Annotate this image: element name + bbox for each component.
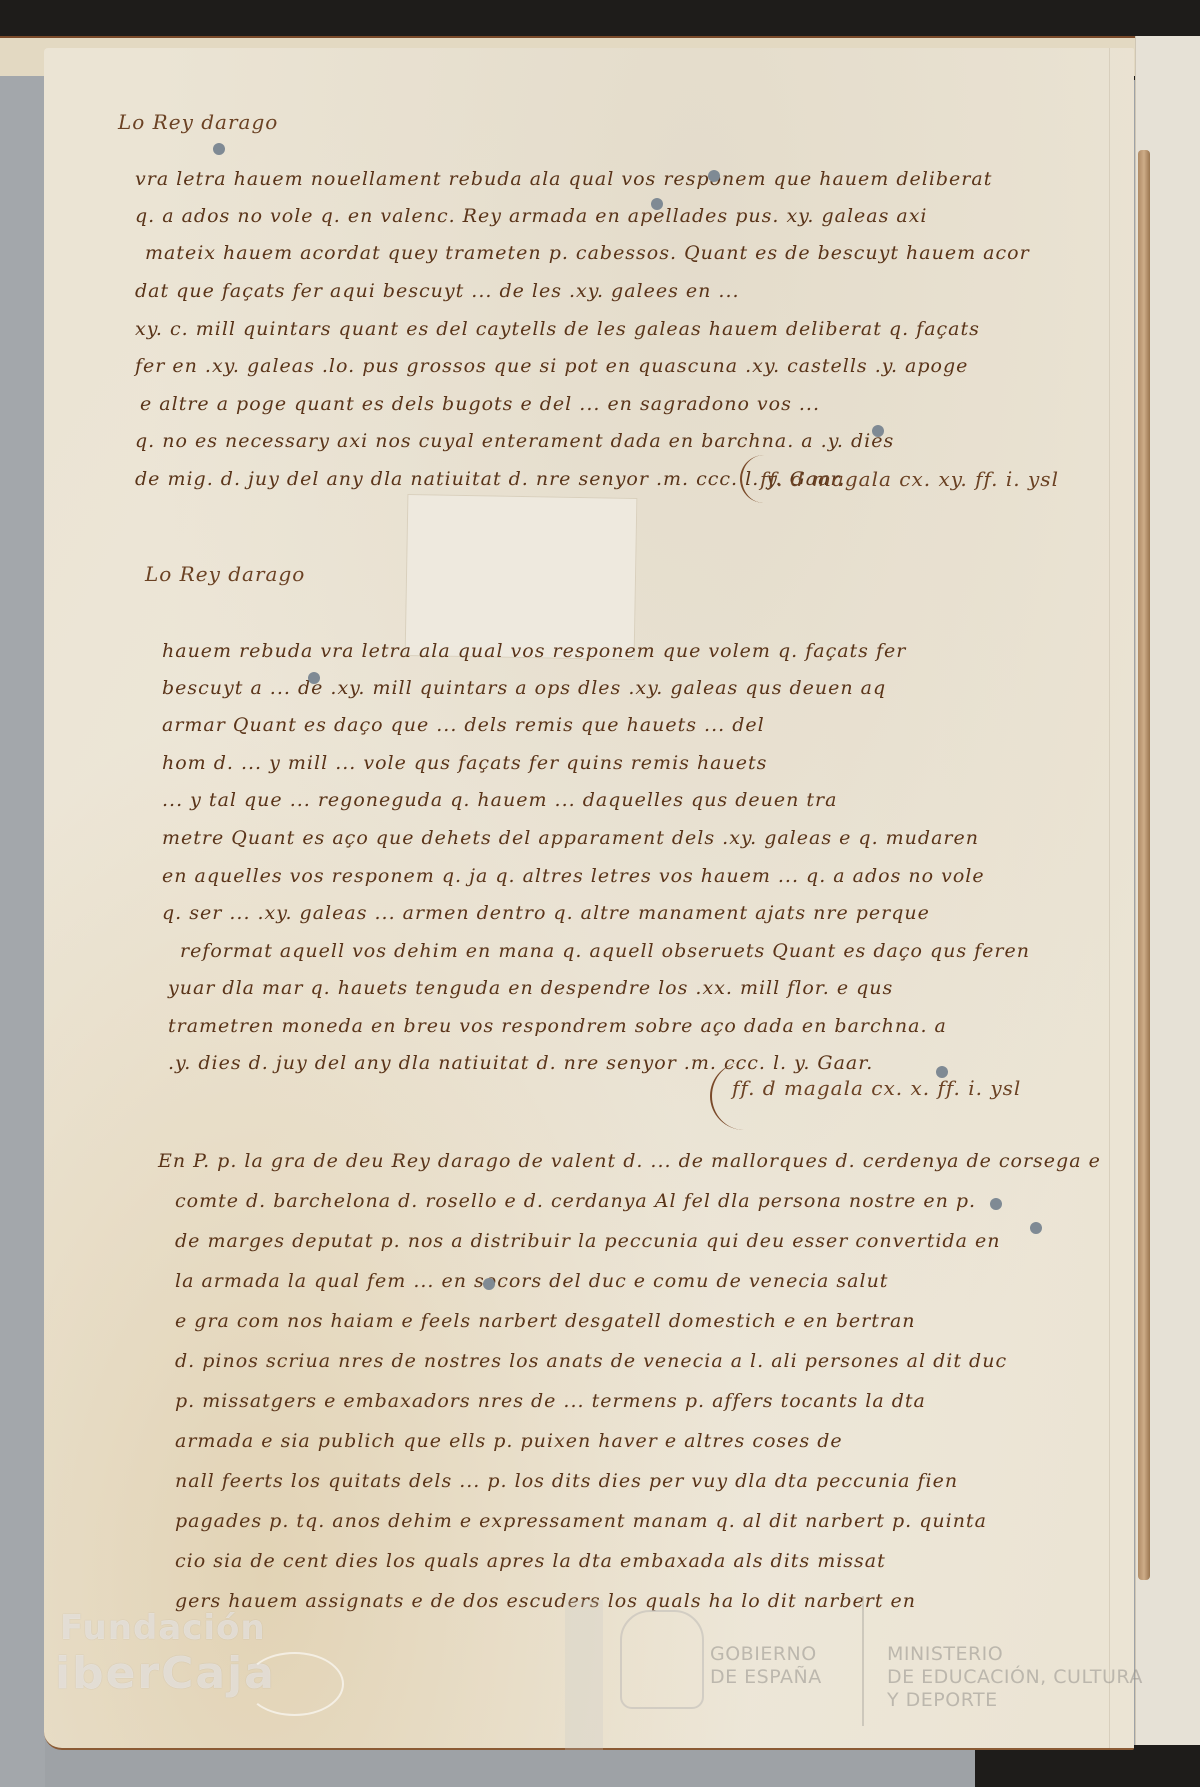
letter-3-line: cio sia de cent dies los quals apres la …	[175, 1550, 886, 1572]
letter-1-line: vra letra hauem nouellament rebuda ala q…	[135, 168, 992, 190]
pin-hole-mark	[872, 425, 884, 437]
gobierno-line1: GOBIERNO	[710, 1643, 822, 1666]
letter-3-line: nall feerts los quitats dels ... p. los …	[175, 1470, 958, 1492]
gobierno-line2: DE ESPAÑA	[710, 1666, 822, 1689]
letter-2-line: q. ser ... .xy. galeas ... armen dentro …	[162, 902, 930, 924]
letter-2-signature: ff. d magala cx. x. ff. i. ysl	[710, 1062, 1021, 1130]
letter-2-line: metre Quant es aço que dehets del appara…	[162, 827, 979, 849]
letter-1-line: q. a ados no vole q. en valenc. Rey arma…	[135, 205, 928, 227]
watermark-divider	[862, 1596, 864, 1726]
pin-hole-mark	[483, 1278, 495, 1290]
letter-2-line: ... y tal que ... regoneguda q. hauem ..…	[162, 789, 837, 811]
letter-3-line: pagades p. tq. anos dehim e expressament…	[175, 1510, 987, 1532]
letter-2-line: reformat aquell vos dehim en mana q. aqu…	[180, 940, 1030, 962]
letter-2-line: bescuyt a ... de .xy. mill quintars a op…	[162, 677, 886, 699]
letter-3-line: e gra com nos haiam e feels narbert desg…	[175, 1310, 916, 1332]
letter-1-line: fer en .xy. galeas .lo. pus grossos que …	[135, 355, 968, 377]
letter-3-line: p. missatgers e embaxadors nres de ... t…	[175, 1390, 926, 1412]
letter-2-heading: Lo Rey darago	[145, 562, 305, 586]
letter-3-line: la armada la qual fem ... en socors del …	[175, 1270, 888, 1292]
letter-2-line: trametren moneda en breu vos respondrem …	[168, 1015, 947, 1037]
pin-hole-mark	[708, 170, 720, 182]
paper-repair-patch	[405, 494, 638, 660]
letter-1-line: xy. c. mill quintars quant es del caytel…	[135, 318, 980, 340]
pin-hole-mark	[936, 1066, 948, 1078]
manuscript-page	[44, 48, 1134, 1750]
letter-3-line: comte d. barchelona d. rosello e d. cerd…	[175, 1190, 976, 1212]
letter-3-line: d. pinos scriua nres de nostres los anat…	[175, 1350, 1007, 1372]
ministerio-line1: MINISTERIO	[887, 1643, 1143, 1666]
letter-2-line: armar Quant es daço que ... dels remis q…	[162, 714, 765, 736]
gobierno-watermark: GOBIERNO DE ESPAÑA	[710, 1643, 822, 1689]
spain-coat-of-arms-icon	[620, 1610, 704, 1709]
fundacion-watermark-line1: Fundación	[60, 1608, 266, 1648]
ministerio-line2: DE EDUCACIÓN, CULTURA	[887, 1666, 1143, 1689]
ministerio-watermark: MINISTERIO DE EDUCACIÓN, CULTURA Y DEPOR…	[887, 1643, 1143, 1712]
pin-hole-mark	[213, 143, 225, 155]
letter-1-line: dat que façats fer aqui bescuyt ... de l…	[135, 280, 740, 302]
eu-stars-band-icon	[565, 1600, 603, 1750]
letter-1-line: q. no es necessary axi nos cuyal enteram…	[135, 430, 894, 452]
binding-cord	[1138, 150, 1150, 1580]
letter-1-line: de mig. d. juy del any dla natiuitat d. …	[135, 468, 845, 490]
pin-hole-mark	[990, 1198, 1002, 1210]
letter-1-line: mateix hauem acordat quey trameten p. ca…	[145, 242, 1030, 264]
pin-hole-mark	[308, 672, 320, 684]
pin-hole-mark	[651, 198, 663, 210]
page-fold-line	[1109, 48, 1110, 1748]
letter-1-signature: ff. d magala cx. xy. ff. i. ysl	[740, 455, 1059, 503]
letter-3-line: En P. p. la gra de deu Rey darago de val…	[158, 1150, 1101, 1172]
ibercaja-logo-icon	[245, 1652, 344, 1716]
letter-2-line: hauem rebuda vra letra ala qual vos resp…	[162, 640, 906, 662]
letter-1-heading: Lo Rey darago	[118, 110, 278, 134]
letter-3-line: de marges deputat p. nos a distribuir la…	[175, 1230, 1000, 1252]
mount-board-left	[0, 70, 45, 1787]
ministerio-line3: Y DEPORTE	[887, 1689, 1143, 1712]
pin-hole-mark	[1030, 1222, 1042, 1234]
letter-1-line: e altre a poge quant es dels bugots e de…	[140, 393, 820, 415]
letter-3-line: gers hauem assignats e de dos escuders l…	[175, 1590, 916, 1612]
letter-2-line: yuar dla mar q. hauets tenguda en despen…	[168, 977, 893, 999]
letter-3-line: armada e sia publich que ells p. puixen …	[175, 1430, 843, 1452]
fundacion-watermark-line2: iberCaja	[55, 1648, 276, 1699]
letter-2-line: en aquelles vos responem q. ja q. altres…	[162, 865, 985, 887]
scanner-background-bottom-right	[975, 1745, 1200, 1787]
letter-2-line: hom d. ... y mill ... vole qus façats fe…	[162, 752, 767, 774]
